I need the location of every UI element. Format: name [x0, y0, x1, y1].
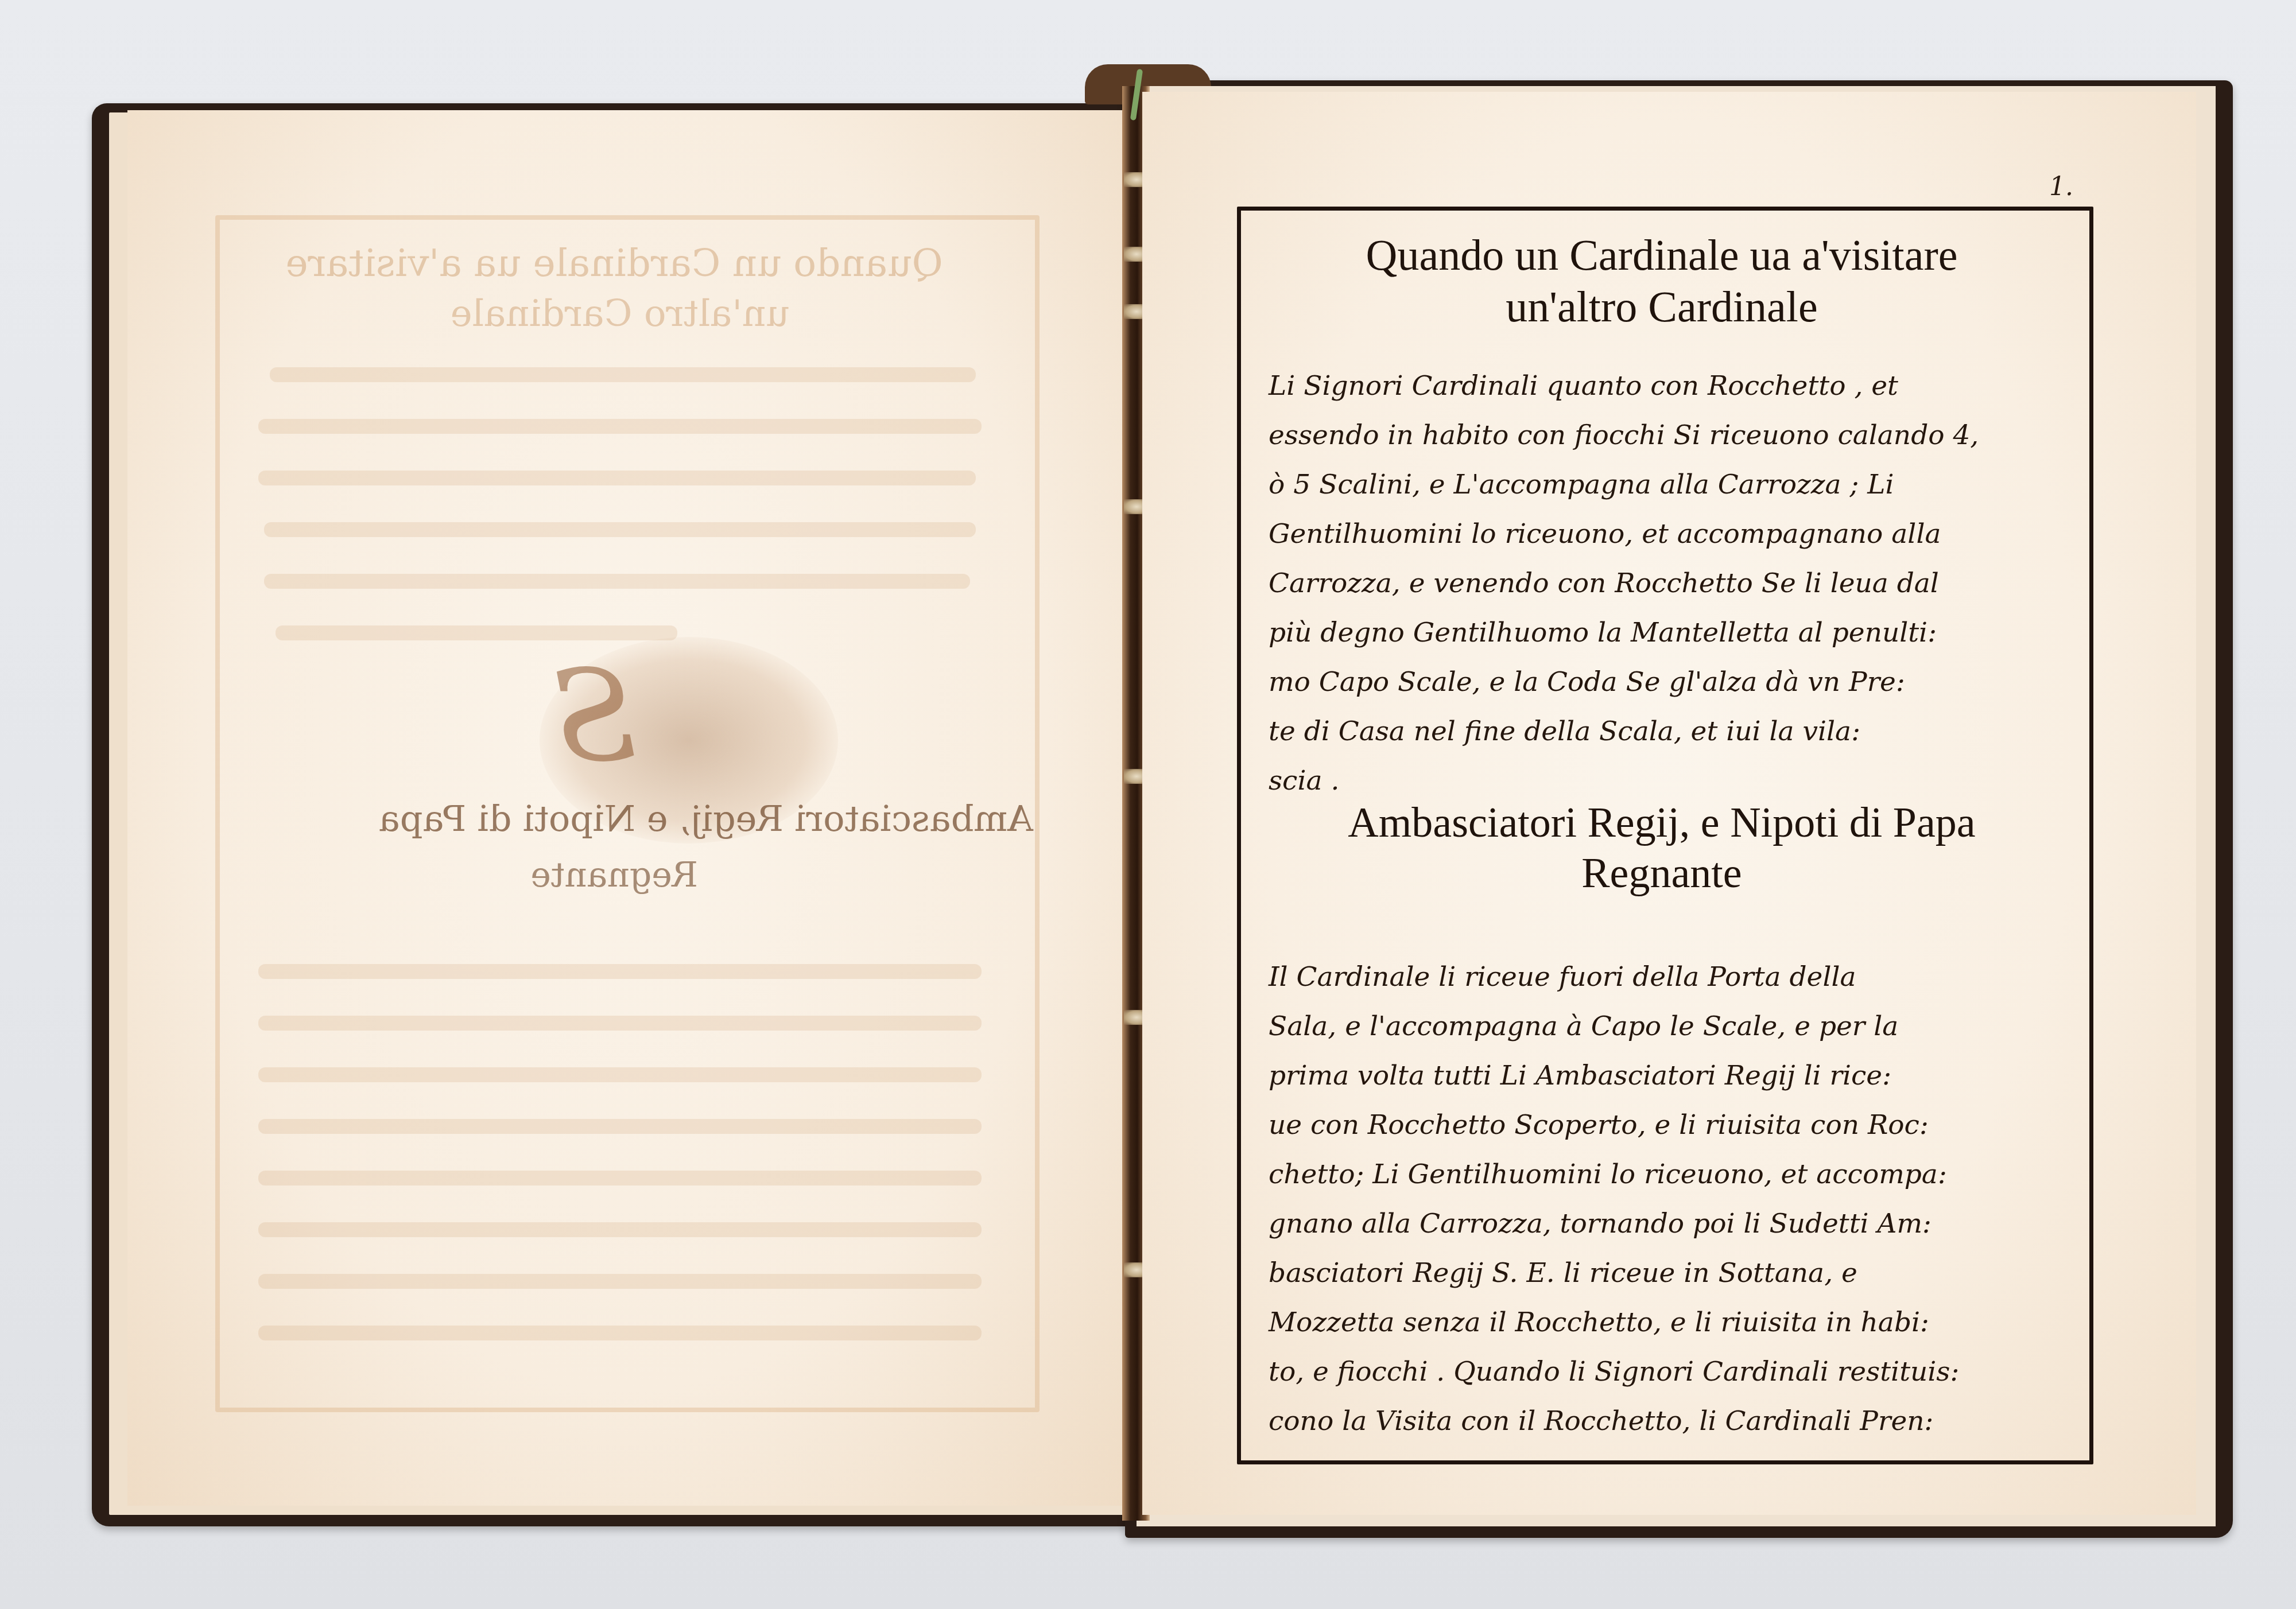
page-number: 1.: [2049, 172, 2073, 201]
bleed-heading-1: Quando un Cardinale ua a'visitare: [241, 241, 987, 285]
bleed-line: [258, 471, 976, 485]
text-line: te di Casa nel fine della Scala, et iui …: [1269, 707, 2072, 756]
text-line: gnano alla Carrozza, tornando poi li Sud…: [1269, 1199, 2072, 1249]
text-line: essendo in habito con fiocchi Si riceuon…: [1269, 411, 2072, 460]
bleed-line: [264, 522, 976, 537]
open-manuscript-book: Quando un Cardinale ua a'visitare un'alt…: [0, 0, 2296, 1609]
section-1-heading-line-2: un'altro Cardinale: [1240, 281, 2084, 333]
text-line: Carrozza, e venendo con Rocchetto Se li …: [1269, 559, 2072, 608]
bleed-line: [264, 574, 970, 589]
text-line: basciatori Regij S. E. li riceue in Sott…: [1269, 1249, 2072, 1298]
bleed-line: [258, 419, 982, 434]
text-line: chetto; Li Gentilhuomini lo riceuono, et…: [1269, 1150, 2072, 1199]
bleed-line: [258, 1274, 982, 1289]
section-1-heading: Quando un Cardinale ua a'visitare un'alt…: [1240, 230, 2084, 333]
text-line: Li Signori Cardinali quanto con Rocchett…: [1269, 362, 2072, 411]
text-line: più degno Gentilhuomo la Mantelletta al …: [1269, 608, 2072, 658]
text-line: Il Cardinale li riceue fuori della Porta…: [1269, 953, 2072, 1002]
section-2-heading: Ambasciatori Regij, e Nipoti di Papa Reg…: [1240, 798, 2084, 899]
section-1-heading-line-1: Quando un Cardinale ua a'visitare: [1240, 230, 2084, 281]
text-line: cono la Visita con il Rocchetto, li Card…: [1269, 1397, 2072, 1446]
text-line: prima volta tutti Li Ambasciatori Regij …: [1269, 1051, 2072, 1101]
bleed-heading-2b: Regnante: [499, 855, 729, 895]
bleed-line: [258, 1222, 982, 1237]
bleed-ink-s: S: [551, 643, 638, 790]
bleed-line: [258, 1119, 982, 1134]
bleed-heading-1b: un'altro Cardinale: [402, 293, 838, 335]
text-line: mo Capo Scale, e la Coda Se gl'alza dà v…: [1269, 658, 2072, 707]
bleed-line: [258, 964, 982, 979]
section-2-body: Il Cardinale li riceue fuori della Porta…: [1269, 953, 2072, 1446]
section-1-body: Li Signori Cardinali quanto con Rocchett…: [1269, 362, 2072, 806]
bleed-line: [258, 1326, 982, 1340]
bleed-heading-2: Ambasciatori Regij, e Nipoti di Papa: [517, 798, 1033, 840]
text-line: ue con Rocchetto Scoperto, e li riuisita…: [1269, 1101, 2072, 1150]
bleed-line: [276, 625, 677, 640]
text-line: Gentilhuomini lo riceuono, et accompagna…: [1269, 510, 2072, 559]
text-line: Sala, e l'accompagna à Capo le Scale, e …: [1269, 1002, 2072, 1051]
text-line: to, e fiocchi . Quando li Signori Cardin…: [1269, 1347, 2072, 1397]
section-2-heading-line-2: Regnante: [1240, 848, 2084, 899]
section-2-heading-line-1: Ambasciatori Regij, e Nipoti di Papa: [1240, 798, 2084, 848]
bleed-line: [258, 1016, 982, 1031]
bleed-line: [258, 1171, 982, 1186]
bleed-line: [258, 1067, 982, 1082]
text-line: ò 5 Scalini, e L'accompagna alla Carrozz…: [1269, 460, 2072, 510]
bleed-line: [270, 367, 976, 382]
text-line: Mozzetta senza il Rocchetto, e li riuisi…: [1269, 1298, 2072, 1347]
